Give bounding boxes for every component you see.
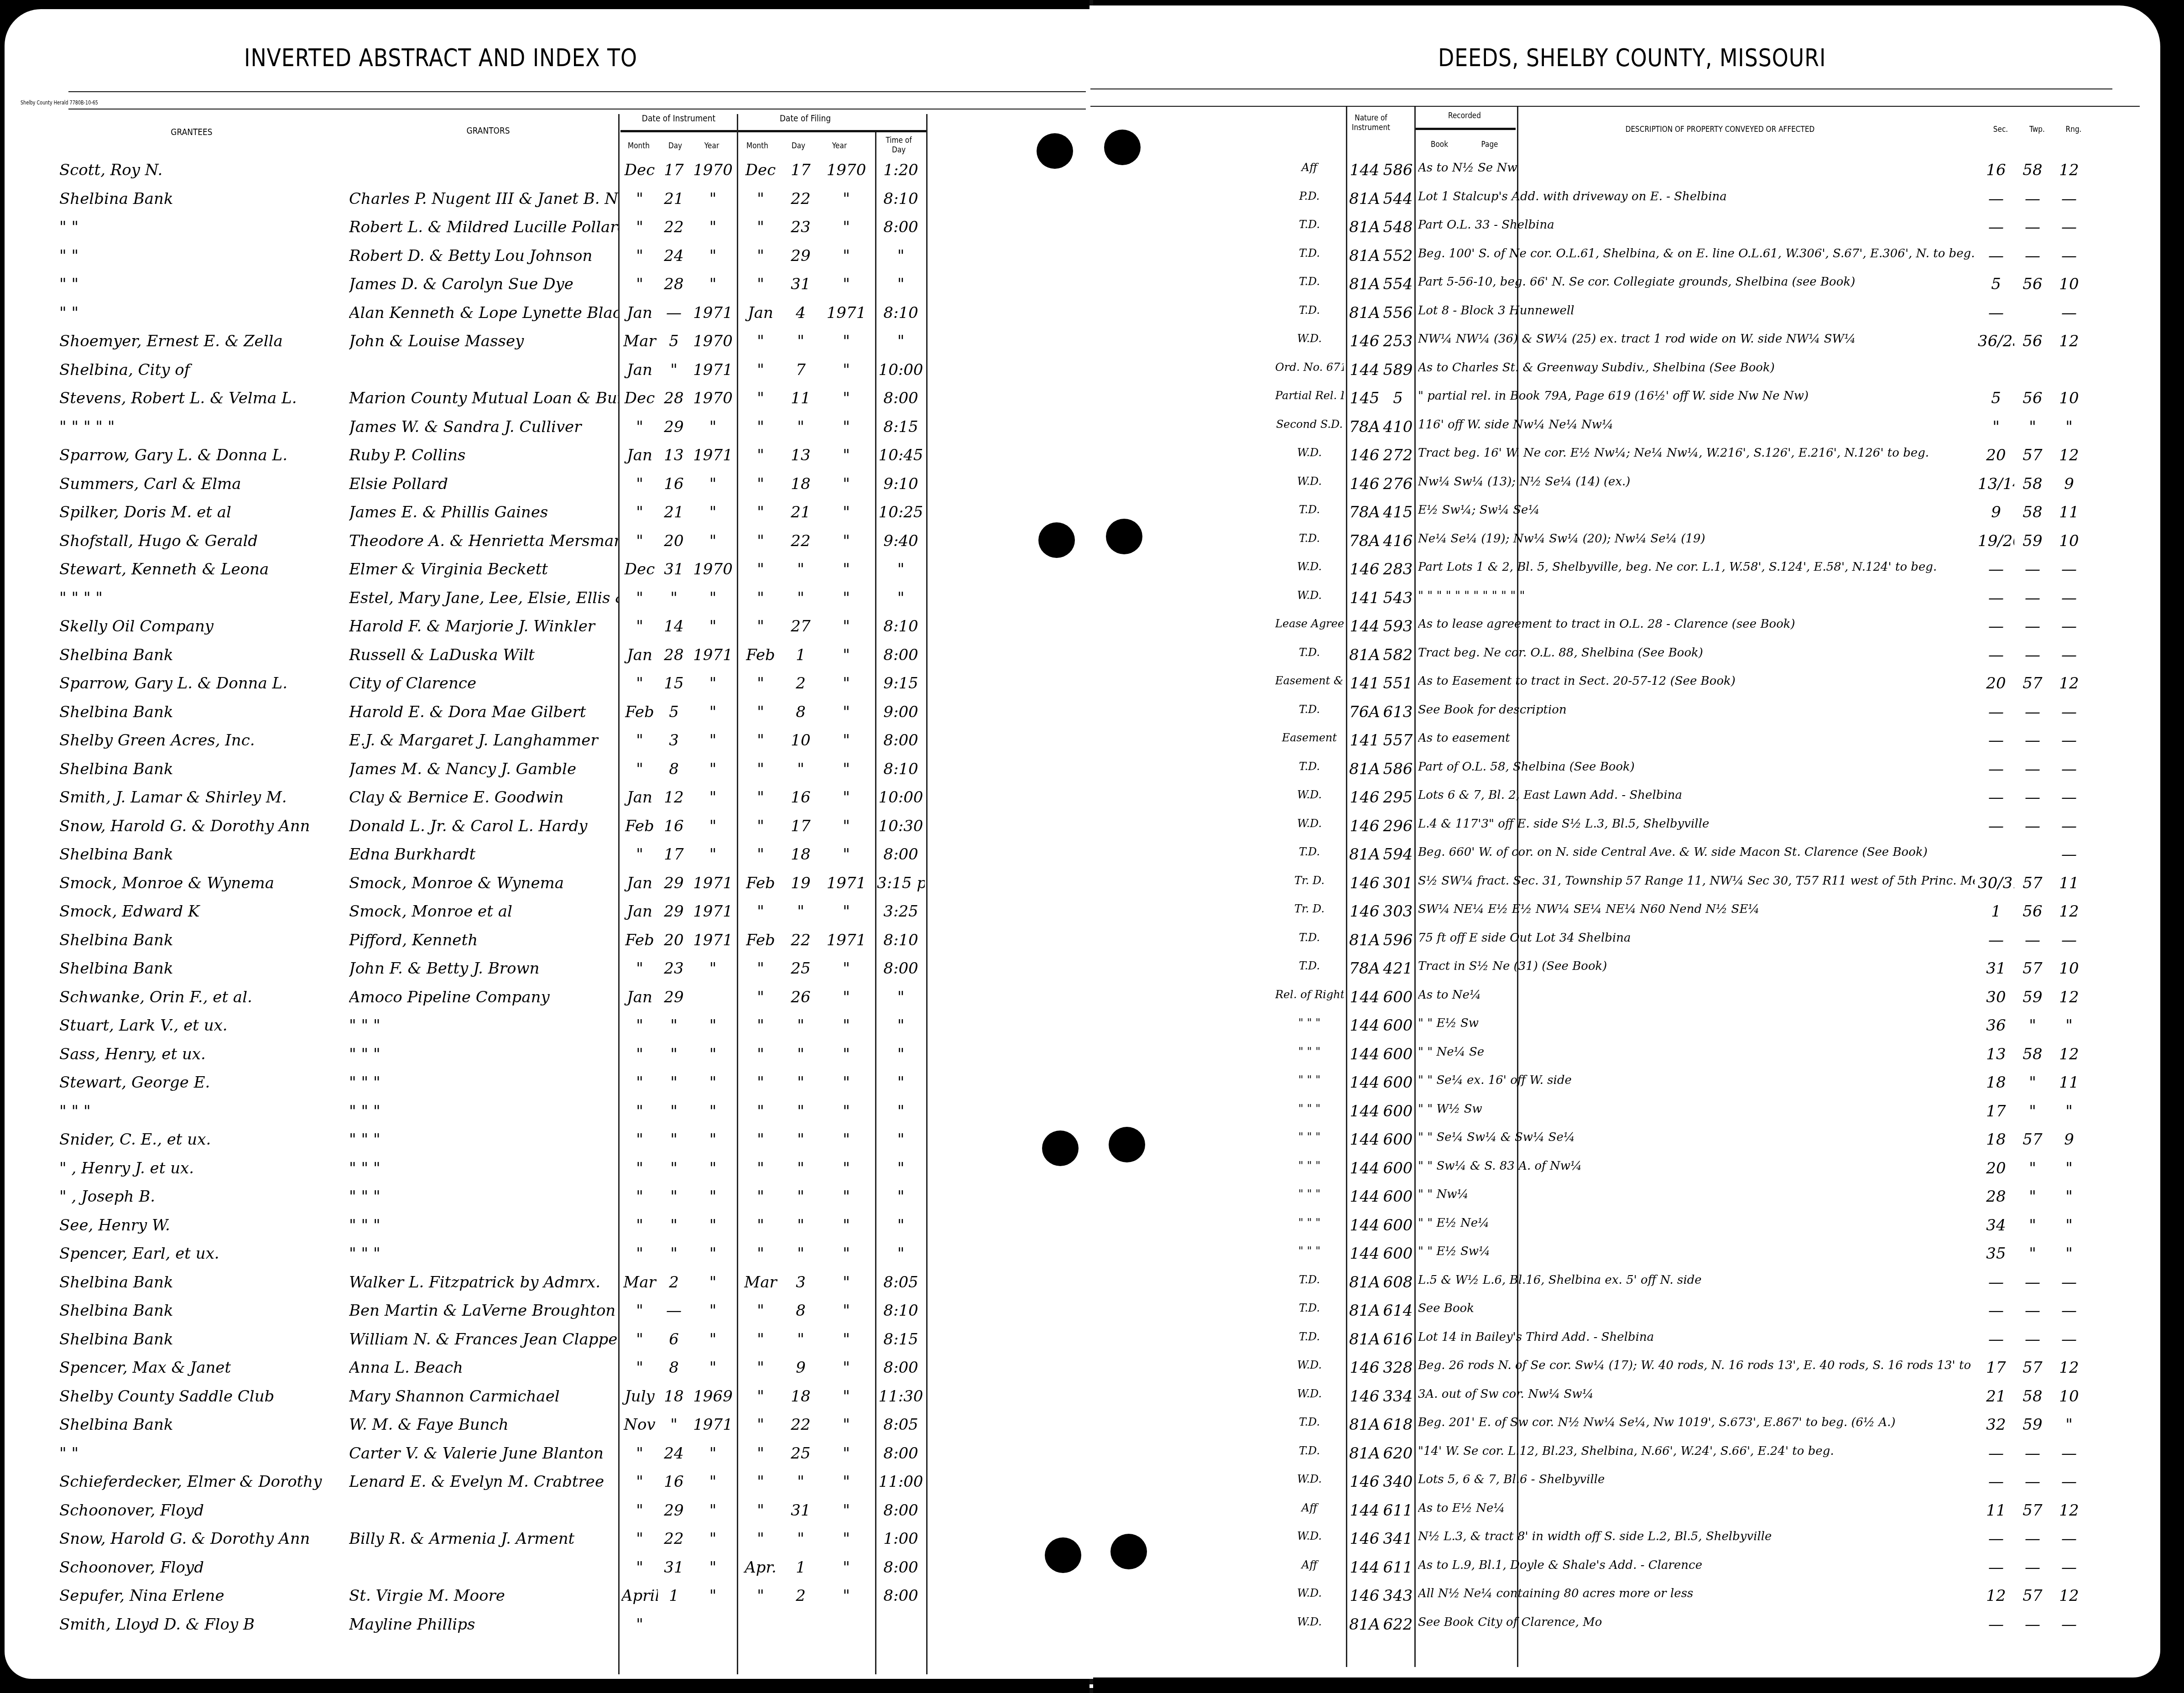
instrument-month: " bbox=[621, 1359, 658, 1377]
book-number: 81A bbox=[1348, 218, 1381, 236]
instrument-month: Jan bbox=[621, 446, 658, 464]
range: " bbox=[2051, 1216, 2087, 1235]
property-description: " " Sw¼ & S. 83 A. of Nw¼ bbox=[1418, 1159, 1975, 1173]
book-number: 146 bbox=[1348, 1530, 1381, 1548]
table-row: " "Alan Kenneth & Lope Lynette Blackford… bbox=[5, 300, 1090, 329]
grantee-name: Summers, Carl & Elma bbox=[59, 475, 351, 493]
filing-day: 27 bbox=[782, 617, 819, 636]
filing-month: " bbox=[740, 218, 781, 236]
property-description: See Book bbox=[1418, 1302, 1975, 1315]
range: " bbox=[2051, 1188, 2087, 1206]
time-of-day: " bbox=[877, 1130, 925, 1149]
table-row: Snider, C. E., et ux." " """""""" bbox=[5, 1127, 1090, 1156]
instrument-day: 29 bbox=[658, 874, 690, 892]
page-number: 272 bbox=[1382, 446, 1413, 464]
grantor-name: James W. & Sandra J. Culliver bbox=[349, 418, 618, 436]
filing-month: Mar bbox=[740, 1273, 781, 1292]
filing-month: " bbox=[740, 1188, 781, 1206]
township: — bbox=[2014, 218, 2051, 236]
instrument-month: " bbox=[621, 503, 658, 521]
range: — bbox=[2051, 1273, 2087, 1292]
table-row: Shelby County Saddle ClubMary Shannon Ca… bbox=[5, 1384, 1090, 1413]
instrument-day: 29 bbox=[658, 418, 690, 436]
nature-of-instrument: Aff bbox=[1275, 1558, 1344, 1571]
page-number: 253 bbox=[1382, 332, 1413, 350]
grantee-name: See, Henry W. bbox=[59, 1216, 351, 1235]
filing-year: " bbox=[821, 361, 871, 379]
filing-month: " bbox=[740, 361, 781, 379]
filing-day: 16 bbox=[782, 788, 819, 807]
book-number: 81A bbox=[1348, 304, 1381, 322]
time-of-day: 8:10 bbox=[877, 760, 925, 778]
instrument-year: " bbox=[691, 503, 735, 521]
filing-month: " bbox=[740, 902, 781, 921]
table-row: " " "144600" " E½ Sw¼35"" bbox=[1090, 1241, 2160, 1270]
filing-day: " bbox=[782, 1330, 819, 1349]
range: 12 bbox=[2051, 1587, 2087, 1605]
instrument-month: " bbox=[621, 1330, 658, 1349]
section: — bbox=[1978, 190, 2014, 208]
table-row: Aff144611As to L.9, Bl.1, Doyle & Shale'… bbox=[1090, 1555, 2160, 1584]
section: 30 bbox=[1978, 988, 2014, 1006]
nature-of-instrument: W.D. bbox=[1275, 1359, 1344, 1371]
filing-year: " bbox=[821, 1473, 871, 1491]
filing-day: " bbox=[782, 1473, 819, 1491]
section: 34 bbox=[1978, 1216, 2014, 1235]
range: 12 bbox=[2051, 902, 2087, 921]
instrument-month: Jan bbox=[621, 902, 658, 921]
instrument-day: 22 bbox=[658, 1530, 690, 1548]
filing-year: " bbox=[821, 1045, 871, 1063]
instrument-month: April bbox=[621, 1587, 658, 1605]
time-of-day: 10:00 bbox=[877, 361, 925, 379]
grantor-name: Edna Burkhardt bbox=[349, 845, 618, 864]
range: — bbox=[2051, 1330, 2087, 1349]
table-row: W.D.146296L.4 & 117'3" off E. side S½ L.… bbox=[1090, 813, 2160, 843]
nature-of-instrument: Ord. No. 671 bbox=[1275, 361, 1344, 374]
filing-day: " bbox=[782, 1159, 819, 1177]
table-row: Spencer, Earl, et ux." " """""""" bbox=[5, 1241, 1090, 1270]
grantor-name: Russell & LaDuska Wilt bbox=[349, 646, 618, 664]
book-number: 81A bbox=[1348, 760, 1381, 778]
township: — bbox=[2014, 1558, 2051, 1577]
time-of-day: 8:10 bbox=[877, 931, 925, 949]
nature-of-instrument: T.D. bbox=[1275, 760, 1344, 773]
filing-year: " bbox=[821, 760, 871, 778]
grantor-name: Lenard E. & Evelyn M. Crabtree bbox=[349, 1473, 618, 1491]
property-description: All N½ Ne¼ containing 80 acres more or l… bbox=[1418, 1587, 1975, 1600]
township: — bbox=[2014, 1302, 2051, 1320]
instrument-day: " bbox=[658, 361, 690, 379]
instrument-day: 12 bbox=[658, 788, 690, 807]
property-description: Beg. 26 rods N. of Se cor. Sw¼ (17); W. … bbox=[1418, 1359, 1975, 1372]
grantor-name: Harold E. & Dora Mae Gilbert bbox=[349, 703, 618, 721]
filing-month: Apr. bbox=[740, 1558, 781, 1577]
filing-day: 1 bbox=[782, 1558, 819, 1577]
township: — bbox=[2014, 703, 2051, 721]
table-row: Easement & Agreement141551As to Easement… bbox=[1090, 671, 2160, 700]
property-description: As to lease agreement to tract in O.L. 2… bbox=[1418, 617, 1975, 631]
nature-of-instrument: P.D. bbox=[1275, 190, 1344, 203]
table-row: Schieferdecker, Elmer & DorothyLenard E.… bbox=[5, 1469, 1090, 1498]
township: " bbox=[2014, 1016, 2051, 1035]
range: — bbox=[2051, 1473, 2087, 1491]
time-of-day: 8:00 bbox=[877, 1558, 925, 1577]
page-number: 613 bbox=[1382, 703, 1413, 721]
instrument-month: " bbox=[621, 247, 658, 265]
col-header-file-month: Month bbox=[742, 141, 773, 151]
time-of-day: " bbox=[877, 1245, 925, 1263]
filing-day: 2 bbox=[782, 1587, 819, 1605]
grantor-name: " " " bbox=[349, 1130, 618, 1149]
grantee-name: Spilker, Doris M. et al bbox=[59, 503, 351, 521]
grantee-name: Shelbina, City of bbox=[59, 361, 351, 379]
instrument-day: 3 bbox=[658, 731, 690, 750]
township: 57 bbox=[2014, 674, 2051, 693]
book-number: 81A bbox=[1348, 247, 1381, 265]
filing-month: " bbox=[740, 1587, 781, 1605]
time-of-day: 9:40 bbox=[877, 532, 925, 550]
table-row: Shelbina BankW. M. & Faye BunchNov"1971"… bbox=[5, 1412, 1090, 1441]
filing-day: 21 bbox=[782, 503, 819, 521]
time-of-day: 8:10 bbox=[877, 190, 925, 208]
instrument-month: " bbox=[621, 275, 658, 293]
range: " bbox=[2051, 1102, 2087, 1120]
instrument-day: " bbox=[658, 1188, 690, 1206]
table-row: Smith, J. Lamar & Shirley M.Clay & Berni… bbox=[5, 785, 1090, 814]
property-description: See Book City of Clarence, Mo bbox=[1418, 1615, 1975, 1629]
instrument-month: " bbox=[621, 1558, 658, 1577]
filing-year: 1971 bbox=[821, 931, 871, 949]
filing-month: " bbox=[740, 532, 781, 550]
grantee-name: Shelby Green Acres, Inc. bbox=[59, 731, 351, 750]
grantee-name: Smock, Edward K bbox=[59, 902, 351, 921]
filing-month: " bbox=[740, 503, 781, 521]
filing-year: 1971 bbox=[821, 874, 871, 892]
section: — bbox=[1978, 1273, 2014, 1292]
filing-month: " bbox=[740, 418, 781, 436]
instrument-year: " bbox=[691, 760, 735, 778]
instrument-year: 1970 bbox=[691, 560, 735, 578]
col-header-grantors: GRANTORS bbox=[449, 125, 527, 136]
grantee-name: Shelbina Bank bbox=[59, 760, 351, 778]
instrument-day: 5 bbox=[658, 332, 690, 350]
property-description: N½ L.3, & tract 8' in width off S. side … bbox=[1418, 1530, 1975, 1543]
nature-of-instrument: T.D. bbox=[1275, 931, 1344, 944]
township: 58 bbox=[2014, 503, 2051, 521]
property-description: Tract beg. 16' W. Ne cor. E½ Nw¼; Ne¼ Nw… bbox=[1418, 446, 1975, 460]
table-row: Smock, Monroe & WynemaSmock, Monroe & Wy… bbox=[5, 870, 1090, 900]
range: 12 bbox=[2051, 1045, 2087, 1063]
nature-of-instrument: " " " bbox=[1275, 1073, 1344, 1086]
time-of-day: " bbox=[877, 275, 925, 293]
grantee-name: " " bbox=[59, 218, 351, 236]
book-number: 81A bbox=[1348, 1444, 1381, 1463]
instrument-day: " bbox=[658, 1045, 690, 1063]
section: 31 bbox=[1978, 959, 2014, 978]
grantor-name: Elmer & Virginia Beckett bbox=[349, 560, 618, 578]
township: 59 bbox=[2014, 532, 2051, 550]
instrument-month: Mar bbox=[621, 1273, 658, 1292]
township: — bbox=[2014, 1444, 2051, 1463]
grantee-name: Stewart, Kenneth & Leona bbox=[59, 560, 351, 578]
table-row: Smock, Edward KSmock, Monroe et alJan291… bbox=[5, 899, 1090, 928]
grantee-name: " " " " " bbox=[59, 418, 351, 436]
book-number: 146 bbox=[1348, 874, 1381, 892]
grantee-name: Sass, Henry, et ux. bbox=[59, 1045, 351, 1063]
filing-month: Dec bbox=[740, 161, 781, 179]
filing-day: 3 bbox=[782, 1273, 819, 1292]
instrument-month: " bbox=[621, 674, 658, 693]
table-row: Tr. D.146303SW¼ NE¼ E½ E½ NW¼ SE¼ NE¼ N6… bbox=[1090, 899, 2160, 928]
township: — bbox=[2014, 931, 2051, 949]
header-divider bbox=[1415, 128, 1516, 130]
range: 12 bbox=[2051, 446, 2087, 464]
table-row: W.D.146343All N½ Ne¼ containing 80 acres… bbox=[1090, 1583, 2160, 1612]
grantor-name: Billy R. & Armenia J. Arment bbox=[349, 1530, 618, 1548]
filing-month: " bbox=[740, 332, 781, 350]
page-number: 596 bbox=[1382, 931, 1413, 949]
book-number: 146 bbox=[1348, 446, 1381, 464]
instrument-year: " bbox=[691, 589, 735, 607]
time-of-day: " bbox=[877, 1016, 925, 1035]
time-of-day: " bbox=[877, 247, 925, 265]
instrument-year: 1971 bbox=[691, 931, 735, 949]
filing-day: 18 bbox=[782, 845, 819, 864]
nature-of-instrument: T.D. bbox=[1275, 1330, 1344, 1343]
instrument-month: " bbox=[621, 1245, 658, 1263]
grantee-name: Smith, Lloyd D. & Floy B bbox=[59, 1615, 351, 1634]
instrument-month: Dec bbox=[621, 161, 658, 179]
instrument-month: " bbox=[621, 1045, 658, 1063]
range: — bbox=[2051, 617, 2087, 636]
table-row: W.D.81A622See Book City of Clarence, Mo—… bbox=[1090, 1612, 2160, 1641]
filing-year: " bbox=[821, 1016, 871, 1035]
nature-of-instrument: " " " bbox=[1275, 1102, 1344, 1115]
table-row: T.D.81A59675 ft off E side Out Lot 34 Sh… bbox=[1090, 927, 2160, 957]
grantor-name: Alan Kenneth & Lope Lynette Blackford bbox=[349, 304, 618, 322]
book-number: 141 bbox=[1348, 674, 1381, 693]
filing-year: " bbox=[821, 1444, 871, 1463]
instrument-day: " bbox=[658, 1016, 690, 1035]
nature-of-instrument: W.D. bbox=[1275, 1387, 1344, 1400]
filing-year: " bbox=[821, 1159, 871, 1177]
property-description: As to Charles St. & Greenway Subdiv., Sh… bbox=[1418, 361, 1975, 375]
instrument-day: 20 bbox=[658, 532, 690, 550]
instrument-year: 1969 bbox=[691, 1387, 735, 1406]
time-of-day: 8:00 bbox=[877, 389, 925, 407]
table-row: Shelbina BankHarold E. & Dora Mae Gilber… bbox=[5, 699, 1090, 729]
table-row: Schoonover, Floyd"31"Apr.1"8:00 bbox=[5, 1555, 1090, 1584]
time-of-day: 8:00 bbox=[877, 1359, 925, 1377]
nature-of-instrument: Easement bbox=[1275, 731, 1344, 744]
filing-year: " bbox=[821, 1416, 871, 1434]
instrument-year: " bbox=[691, 1587, 735, 1605]
township: " bbox=[2014, 1245, 2051, 1263]
nature-of-instrument: " " " bbox=[1275, 1016, 1344, 1029]
nature-of-instrument: T.D. bbox=[1275, 959, 1344, 972]
grantee-name: Stuart, Lark V., et ux. bbox=[59, 1016, 351, 1035]
table-row: Aff144586As to N½ Se Nw165812 bbox=[1090, 157, 2160, 187]
filing-year: " bbox=[821, 1216, 871, 1235]
property-description: Part 5-56-10, beg. 66' N. Se cor. Colleg… bbox=[1418, 275, 1975, 289]
filing-year: " bbox=[821, 845, 871, 864]
grantee-name: Schoonover, Floyd bbox=[59, 1558, 351, 1577]
grantor-name: Ruby P. Collins bbox=[349, 446, 618, 464]
nature-of-instrument: W.D. bbox=[1275, 1587, 1344, 1599]
page-number: 600 bbox=[1382, 1073, 1413, 1092]
nature-of-instrument: W.D. bbox=[1275, 332, 1344, 345]
instrument-day: " bbox=[658, 1102, 690, 1120]
col-header-file-day: Day bbox=[783, 141, 814, 151]
section: — bbox=[1978, 931, 2014, 949]
property-description: " partial rel. in Book 79A, Page 619 (16… bbox=[1418, 389, 1975, 403]
nature-of-instrument: " " " bbox=[1275, 1216, 1344, 1229]
filing-year: " bbox=[821, 646, 871, 664]
filing-day: " bbox=[782, 418, 819, 436]
range: " bbox=[2051, 418, 2087, 436]
range: 12 bbox=[2051, 161, 2087, 179]
table-row: Second S.D.78A410116' off W. side Nw¼ Ne… bbox=[1090, 414, 2160, 443]
filing-year: " bbox=[821, 959, 871, 978]
grantee-name: Sepufer, Nina Erlene bbox=[59, 1587, 351, 1605]
instrument-month: " bbox=[621, 1501, 658, 1520]
section: — bbox=[1978, 617, 2014, 636]
table-row: Ord. No. 671144589As to Charles St. & Gr… bbox=[1090, 357, 2160, 386]
book-number: 144 bbox=[1348, 1245, 1381, 1263]
page-number: 600 bbox=[1382, 1016, 1413, 1035]
page-number: 600 bbox=[1382, 988, 1413, 1006]
instrument-month: " bbox=[621, 1216, 658, 1235]
table-row: Shofstall, Hugo & GeraldTheodore A. & He… bbox=[5, 528, 1090, 557]
book-number: 144 bbox=[1348, 1216, 1381, 1235]
section: 12 bbox=[1978, 1587, 2014, 1605]
page-number: 594 bbox=[1382, 845, 1413, 864]
page-number: 276 bbox=[1382, 475, 1413, 493]
section: 13 bbox=[1978, 1045, 2014, 1063]
instrument-year: " bbox=[691, 218, 735, 236]
grantor-name: John & Louise Massey bbox=[349, 332, 618, 350]
property-description: " " E½ Sw bbox=[1418, 1016, 1975, 1030]
range: 12 bbox=[2051, 1501, 2087, 1520]
instrument-day: 28 bbox=[658, 389, 690, 407]
right-page-title: DEEDS, SHELBY COUNTY, MISSOURI bbox=[1438, 43, 1826, 72]
grantor-name: Donald L. Jr. & Carol L. Hardy bbox=[349, 817, 618, 835]
table-row: W.D.146341N½ L.3, & tract 8' in width of… bbox=[1090, 1526, 2160, 1555]
instrument-year: " bbox=[691, 959, 735, 978]
instrument-month: " bbox=[621, 1444, 658, 1463]
property-description: As to Ne¼ bbox=[1418, 988, 1975, 1002]
time-of-day: 8:00 bbox=[877, 959, 925, 978]
nature-of-instrument: " " " bbox=[1275, 1045, 1344, 1058]
township: 58 bbox=[2014, 475, 2051, 493]
township: 59 bbox=[2014, 988, 2051, 1006]
township: " bbox=[2014, 1188, 2051, 1206]
range: — bbox=[2051, 931, 2087, 949]
instrument-year: 1970 bbox=[691, 332, 735, 350]
grantee-name: " " bbox=[59, 304, 351, 322]
filing-year: " bbox=[821, 1130, 871, 1149]
property-description: " " Ne¼ Se bbox=[1418, 1045, 1975, 1059]
grantee-name: Spencer, Earl, et ux. bbox=[59, 1245, 351, 1263]
property-description: Lots 5, 6 & 7, Bl.6 - Shelbyville bbox=[1418, 1473, 1975, 1486]
table-row: " " "" " """""""" bbox=[5, 1099, 1090, 1128]
book-number: 141 bbox=[1348, 589, 1381, 607]
grantor-name: Robert L. & Mildred Lucille Pollard bbox=[349, 218, 618, 236]
book-number: 144 bbox=[1348, 1102, 1381, 1120]
township: — bbox=[2014, 247, 2051, 265]
instrument-day: 16 bbox=[658, 475, 690, 493]
property-description: Lot 14 in Bailey's Third Add. - Shelbina bbox=[1418, 1330, 1975, 1344]
range: — bbox=[2051, 760, 2087, 778]
table-row: Shelbina BankCharles P. Nugent III & Jan… bbox=[5, 186, 1090, 215]
filing-month: Feb bbox=[740, 646, 781, 664]
filing-month: " bbox=[740, 1330, 781, 1349]
grantor-name: City of Clarence bbox=[349, 674, 618, 693]
instrument-day: 28 bbox=[658, 646, 690, 664]
table-row: W.D.146253NW¼ NW¼ (36) & SW¼ (25) ex. tr… bbox=[1090, 328, 2160, 358]
range: " bbox=[2051, 1245, 2087, 1263]
instrument-day: 24 bbox=[658, 247, 690, 265]
section: — bbox=[1978, 817, 2014, 835]
instrument-year: 1971 bbox=[691, 446, 735, 464]
page-number: 620 bbox=[1382, 1444, 1413, 1463]
time-of-day: 9:00 bbox=[877, 703, 925, 721]
range: — bbox=[2051, 703, 2087, 721]
nature-of-instrument: T.D. bbox=[1275, 247, 1344, 260]
range: — bbox=[2051, 1444, 2087, 1463]
section: — bbox=[1978, 760, 2014, 778]
township: 57 bbox=[2014, 959, 2051, 978]
page-number: 301 bbox=[1382, 874, 1413, 892]
property-description: Tract in S½ Ne (31) (See Book) bbox=[1418, 959, 1975, 973]
col-header-recorded: Recorded bbox=[1422, 111, 1507, 121]
table-row: Sparrow, Gary L. & Donna L.Ruby P. Colli… bbox=[5, 443, 1090, 472]
instrument-day: 18 bbox=[658, 1387, 690, 1406]
filing-month: " bbox=[740, 475, 781, 493]
col-header-inst-month: Month bbox=[623, 141, 654, 151]
time-of-day: 8:05 bbox=[877, 1273, 925, 1292]
filing-year: " bbox=[821, 988, 871, 1006]
grantee-name: Shelbina Bank bbox=[59, 703, 351, 721]
grantor-name: Amoco Pipeline Company bbox=[349, 988, 618, 1006]
property-description: " " " " " " " " " " " " bbox=[1418, 589, 1975, 603]
grantor-name: Estel, Mary Jane, Lee, Elsie, Ellis & Ma… bbox=[349, 589, 618, 607]
instrument-year: " bbox=[691, 1273, 735, 1292]
table-row: T.D.81A594Beg. 660' W. of cor. on N. sid… bbox=[1090, 842, 2160, 871]
book-number: 146 bbox=[1348, 1387, 1381, 1406]
filing-day: 22 bbox=[782, 190, 819, 208]
nature-of-instrument: W.D. bbox=[1275, 560, 1344, 573]
grantor-name: " " " bbox=[349, 1073, 618, 1092]
table-row: T.D.76A613See Book for description——— bbox=[1090, 699, 2160, 729]
range: — bbox=[2051, 845, 2087, 864]
grantor-name: Harold F. & Marjorie J. Winkler bbox=[349, 617, 618, 636]
book-number: 144 bbox=[1348, 1073, 1381, 1092]
nature-of-instrument: W.D. bbox=[1275, 788, 1344, 801]
table-row: Summers, Carl & ElmaElsie Pollard"16""18… bbox=[5, 471, 1090, 500]
section: 1 bbox=[1978, 902, 2014, 921]
header-divider bbox=[620, 130, 926, 132]
nature-of-instrument: T.D. bbox=[1275, 1302, 1344, 1314]
filing-day: " bbox=[782, 332, 819, 350]
nature-of-instrument: T.D. bbox=[1275, 646, 1344, 659]
filing-year: " bbox=[821, 1188, 871, 1206]
grantor-name: James D. & Carolyn Sue Dye bbox=[349, 275, 618, 293]
township: — bbox=[2014, 1473, 2051, 1491]
filing-day: 22 bbox=[782, 931, 819, 949]
grantee-name: Shelbina Bank bbox=[59, 1330, 351, 1349]
